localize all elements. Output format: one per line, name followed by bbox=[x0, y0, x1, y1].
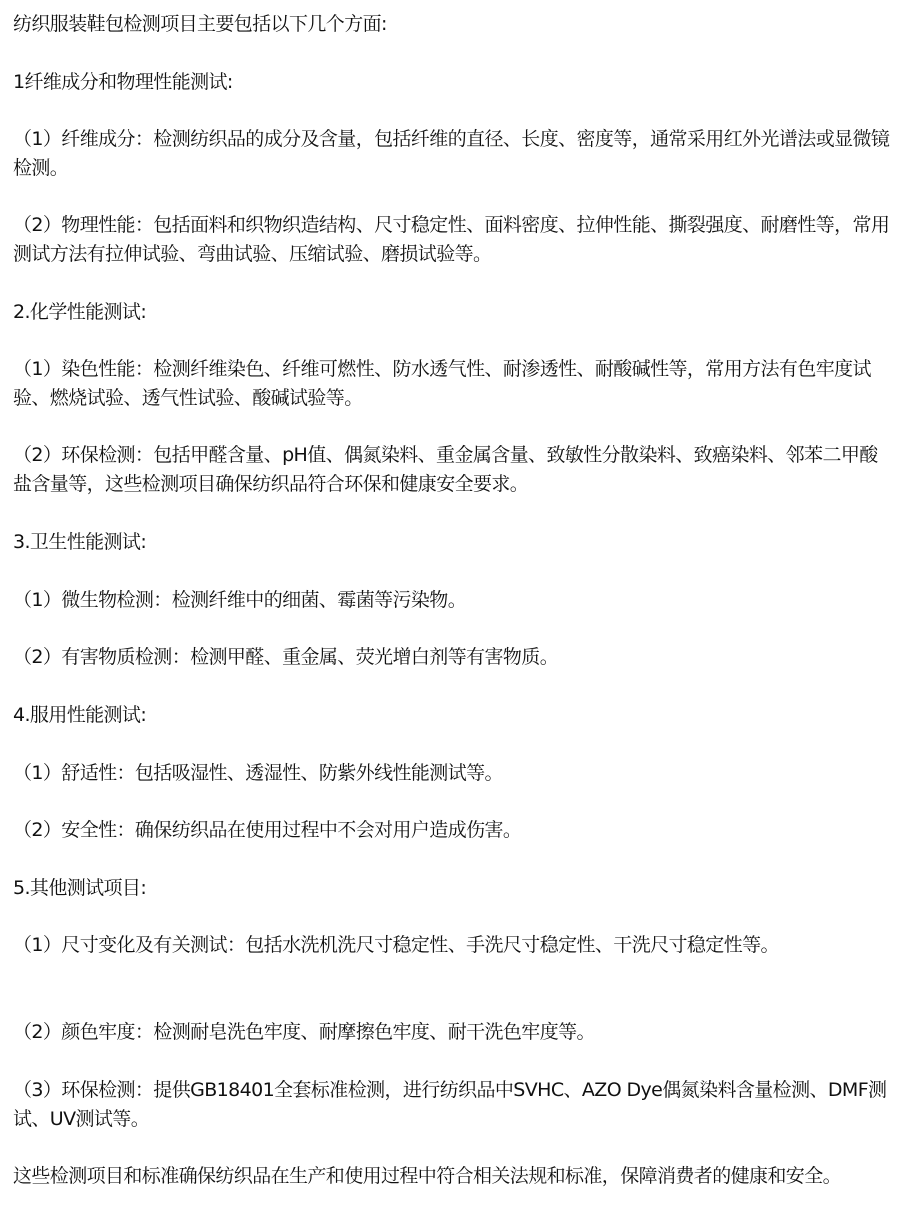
conclusion-paragraph: 这些检测项目和标准确保纺织品在生产和使用过程中符合相关法规和标准，保障消费者的健… bbox=[13, 1162, 891, 1191]
section-5-item-1: （1）尺寸变化及有关测试：包括水洗机洗尺寸稳定性、手洗尺寸稳定性、干洗尺寸稳定性… bbox=[13, 931, 891, 960]
section-heading-5: 5.其他测试项目: bbox=[13, 874, 891, 903]
section-3-item-1: （1）微生物检测：检测纤维中的细菌、霉菌等污染物。 bbox=[13, 586, 891, 615]
section-5-item-2: （2）颜色牢度：检测耐皂洗色牢度、耐摩擦色牢度、耐干洗色牢度等。 bbox=[13, 1018, 891, 1047]
section-heading-2: 2.化学性能测试: bbox=[13, 298, 891, 327]
section-5-item-3: （3）环保检测：提供GB18401全套标准检测，进行纺织品中SVHC、AZO D… bbox=[13, 1076, 891, 1134]
section-heading-1: 1纤维成分和物理性能测试: bbox=[13, 68, 891, 97]
section-2-item-2: （2）环保检测：包括甲醛含量、pH值、偶氮染料、重金属含量、致敏性分散染料、致癌… bbox=[13, 441, 891, 499]
section-2-item-1: （1）染色性能：检测纤维染色、纤维可燃性、防水透气性、耐渗透性、耐酸碱性等，常用… bbox=[13, 355, 891, 413]
section-4-item-1: （1）舒适性：包括吸湿性、透湿性、防紫外线性能测试等。 bbox=[13, 759, 891, 788]
section-heading-3: 3.卫生性能测试: bbox=[13, 528, 891, 557]
section-1-item-1: （1）纤维成分：检测纺织品的成分及含量，包括纤维的直径、长度、密度等，通常采用红… bbox=[13, 125, 891, 183]
section-heading-4: 4.服用性能测试: bbox=[13, 701, 891, 730]
section-1-item-2: （2）物理性能：包括面料和织物织造结构、尺寸稳定性、面料密度、拉伸性能、撕裂强度… bbox=[13, 211, 891, 269]
section-4-item-2: （2）安全性：确保纺织品在使用过程中不会对用户造成伤害。 bbox=[13, 816, 891, 845]
section-3-item-2: （2）有害物质检测：检测甲醛、重金属、荧光增白剂等有害物质。 bbox=[13, 643, 891, 672]
intro-paragraph: 纺织服装鞋包检测项目主要包括以下几个方面: bbox=[13, 10, 891, 39]
